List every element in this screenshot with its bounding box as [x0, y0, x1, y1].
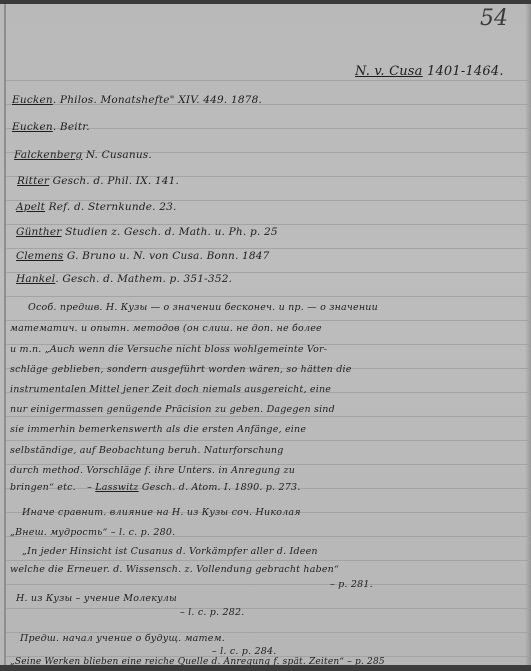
reference-text: G. Bruno u. N. von Cusa. Bonn. 1847	[63, 250, 269, 262]
reference-author: Falckenberg	[14, 149, 82, 161]
reference-text: . Beitr.	[53, 121, 90, 133]
citation-dash: –	[87, 482, 92, 493]
note-line: selbständige, auf Beobachtung beruh. Nat…	[10, 445, 284, 456]
heading-name: N. v. Cusa	[355, 64, 423, 79]
reference-text: . Philos. Monatshefte" XIV. 449. 1878.	[53, 94, 262, 106]
reference-entry: Günther Studien z. Gesch. d. Math. u. Ph…	[16, 226, 278, 238]
folio-number: 54	[480, 6, 508, 31]
note-line: „In jeder Hinsicht ist Cusanus d. Vorkäm…	[22, 546, 318, 557]
ruled-line	[6, 248, 531, 249]
card-heading: N. v. Cusa 1401-1464.	[355, 64, 504, 79]
note-line: sie immerhin bemerkenswerth als die erst…	[10, 424, 306, 435]
reference-author: Eucken	[12, 121, 53, 133]
reference-entry: Falckenberg N. Cusanus.	[14, 149, 152, 161]
reference-entry: Eucken. Beitr.	[12, 121, 90, 133]
reference-entry: Apelt Ref. d. Sternkunde. 23.	[16, 201, 177, 213]
note-line: instrumentalen Mittel jener Zeit doch ni…	[10, 384, 331, 395]
reference-text: Gesch. d. Phil. IX. 141.	[49, 175, 179, 187]
reference-text: . Gesch. d. Mathem. p. 351-352.	[55, 273, 232, 285]
ruled-line	[6, 416, 531, 417]
ruled-line	[6, 608, 531, 609]
reference-author: Günther	[16, 226, 62, 238]
citation-author: Lasswitz	[95, 482, 138, 493]
note-line: schläge geblieben, sondern ausgeführt wo…	[10, 364, 352, 375]
reference-entry: Ritter Gesch. d. Phil. IX. 141.	[17, 175, 179, 187]
note-line: „Seine Werken blieben eine reiche Quelle…	[10, 657, 385, 665]
reference-text: Ref. d. Sternkunde. 23.	[45, 201, 176, 213]
note-line: и т.п. „Auch wenn die Versuche nicht blo…	[10, 344, 327, 355]
reference-author: Apelt	[16, 201, 45, 213]
note-line: Особ. предшв. Н. Кузы — о значении беско…	[28, 302, 378, 313]
reference-entry: Hankel. Gesch. d. Mathem. p. 351-352.	[16, 273, 232, 285]
citation: – p. 281.	[330, 579, 373, 590]
reference-author: Clemens	[16, 250, 63, 262]
reference-text: Studien z. Gesch. d. Math. u. Ph. p. 25	[62, 226, 278, 238]
note-line: bringen“ etc. – Lasswitz Gesch. d. Atom.…	[10, 482, 300, 493]
ruled-line	[6, 320, 531, 321]
citation-text: Gesch. d. Atom. I. 1890. p. 273.	[139, 482, 301, 493]
note-line: Н. из Кузы – учение Молекулы	[16, 593, 177, 604]
note-line: математич. и опытн. методов (он слиш. не…	[10, 323, 322, 334]
citation: – l. c. p. 282.	[180, 607, 244, 618]
reference-author: Ritter	[17, 175, 49, 187]
note-text: bringen“ etc.	[10, 482, 76, 493]
scan-bottom-edge	[0, 665, 531, 671]
reference-author: Eucken	[12, 94, 53, 106]
note-line: Иначе сравнит. влияние на Н. из Кузы соч…	[22, 507, 301, 518]
ruled-line	[6, 560, 531, 561]
reference-author: Hankel	[16, 273, 55, 285]
ruled-line	[6, 440, 531, 441]
reference-entry: Eucken. Philos. Monatshefte" XIV. 449. 1…	[12, 94, 262, 106]
note-line: „Внеш. мудрость“ – l. c. p. 280.	[10, 527, 175, 538]
citation: – l. c. p. 284.	[212, 646, 276, 657]
index-card: 54 N. v. Cusa 1401-1464. Eucken. Philos.…	[0, 4, 531, 665]
note-line: durch method. Vorschläge f. ihre Unters.…	[10, 465, 295, 476]
reference-text: N. Cusanus.	[82, 149, 152, 161]
ruled-line	[6, 584, 531, 585]
reference-entry: Clemens G. Bruno u. N. von Cusa. Bonn. 1…	[16, 250, 270, 262]
ruled-line	[6, 296, 531, 297]
heading-dates: 1401-1464.	[427, 64, 504, 79]
ruled-line	[6, 224, 531, 225]
note-line: nur einigermassen genügende Präcision zu…	[10, 404, 335, 415]
note-line: welche die Erneuer. d. Wissensch. z. Vol…	[10, 564, 339, 575]
note-line: Предш. начал учение о будущ. матем.	[20, 633, 225, 644]
ruled-line	[6, 80, 531, 81]
